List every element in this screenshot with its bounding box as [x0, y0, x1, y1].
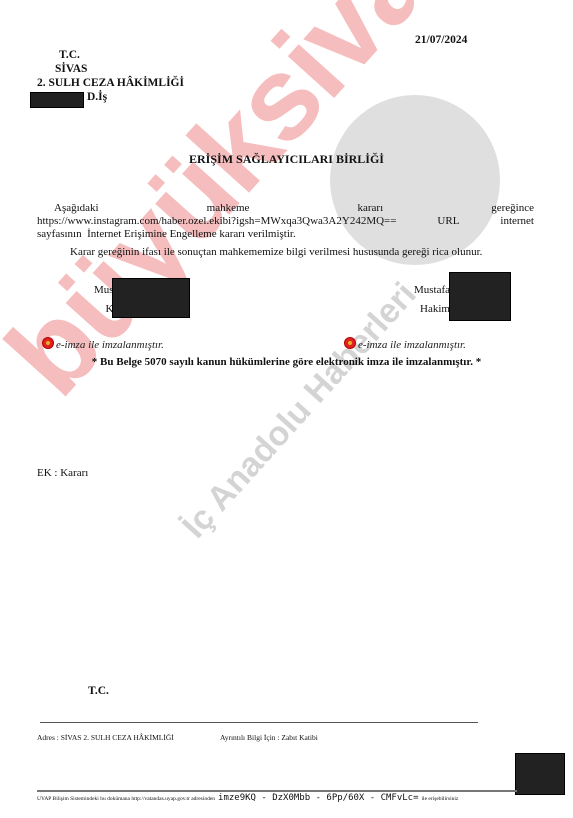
e-signature-notice: * Bu Belge 5070 sayılı kanun hükümlerine…: [0, 356, 573, 368]
esign-left: e-imza ile imzalanmıştır.: [42, 338, 164, 352]
esign-right: e-imza ile imzalanmıştır.: [344, 338, 466, 352]
document-date: 21/07/2024: [415, 34, 467, 46]
header-city: SİVAS: [37, 62, 184, 76]
redacted-judge-name: [449, 272, 511, 321]
header-court: 2. SULH CEZA HÂKİMLİĞİ: [37, 76, 184, 90]
blocked-url: https://www.instagram.com/haber.ozel.eki…: [37, 215, 396, 228]
document-title: ERİŞİM SAĞLAYICILARI BİRLİĞİ: [0, 152, 573, 167]
footer-bottom-divider: [37, 790, 517, 792]
redacted-barcode: [515, 753, 565, 795]
footer-address: Adres : SİVAS 2. SULH CEZA HÂKİMLİĞİ: [37, 733, 174, 742]
verification-code: imze9KQ - DzX0Mbb - 6Pp/60X - CMFvLc=: [218, 793, 418, 803]
body-line-1: Aşağıdaki mahkeme kararı gereğince: [37, 202, 534, 215]
watermark-subtext: İç Anadolu Haberleri: [175, 275, 424, 546]
uyap-verification-line: UYAP Bilişim Sistemindeki bu dokümana ht…: [37, 793, 458, 803]
signature-right: Mustafa Hakim: [405, 281, 450, 319]
body-line-3: sayfasının İnternet Erişimine Engelleme …: [37, 228, 534, 241]
footer-contact-info: Ayrıntılı Bilgi İçin : Zabıt Katibi: [220, 733, 318, 742]
attachment-label: EK : Kararı: [37, 467, 88, 479]
redacted-clerk-name: [112, 278, 190, 318]
request-paragraph: Karar gereğinin ifası ile sonuçtan mahke…: [70, 246, 482, 258]
body-line-2: https://www.instagram.com/haber.ozel.eki…: [37, 215, 534, 228]
body-paragraph: Aşağıdaki mahkeme kararı gereğince https…: [37, 202, 534, 241]
header-tc: T.C.: [37, 48, 184, 62]
signature-right-name: Mustafa: [405, 281, 450, 300]
esign-seal-icon: [42, 338, 54, 352]
esign-seal-icon: [344, 338, 356, 352]
footer-divider: [40, 722, 478, 723]
redacted-file-number: [30, 92, 84, 108]
signature-right-role: Hakim: [405, 300, 450, 319]
footer-tc: T.C.: [88, 685, 109, 697]
